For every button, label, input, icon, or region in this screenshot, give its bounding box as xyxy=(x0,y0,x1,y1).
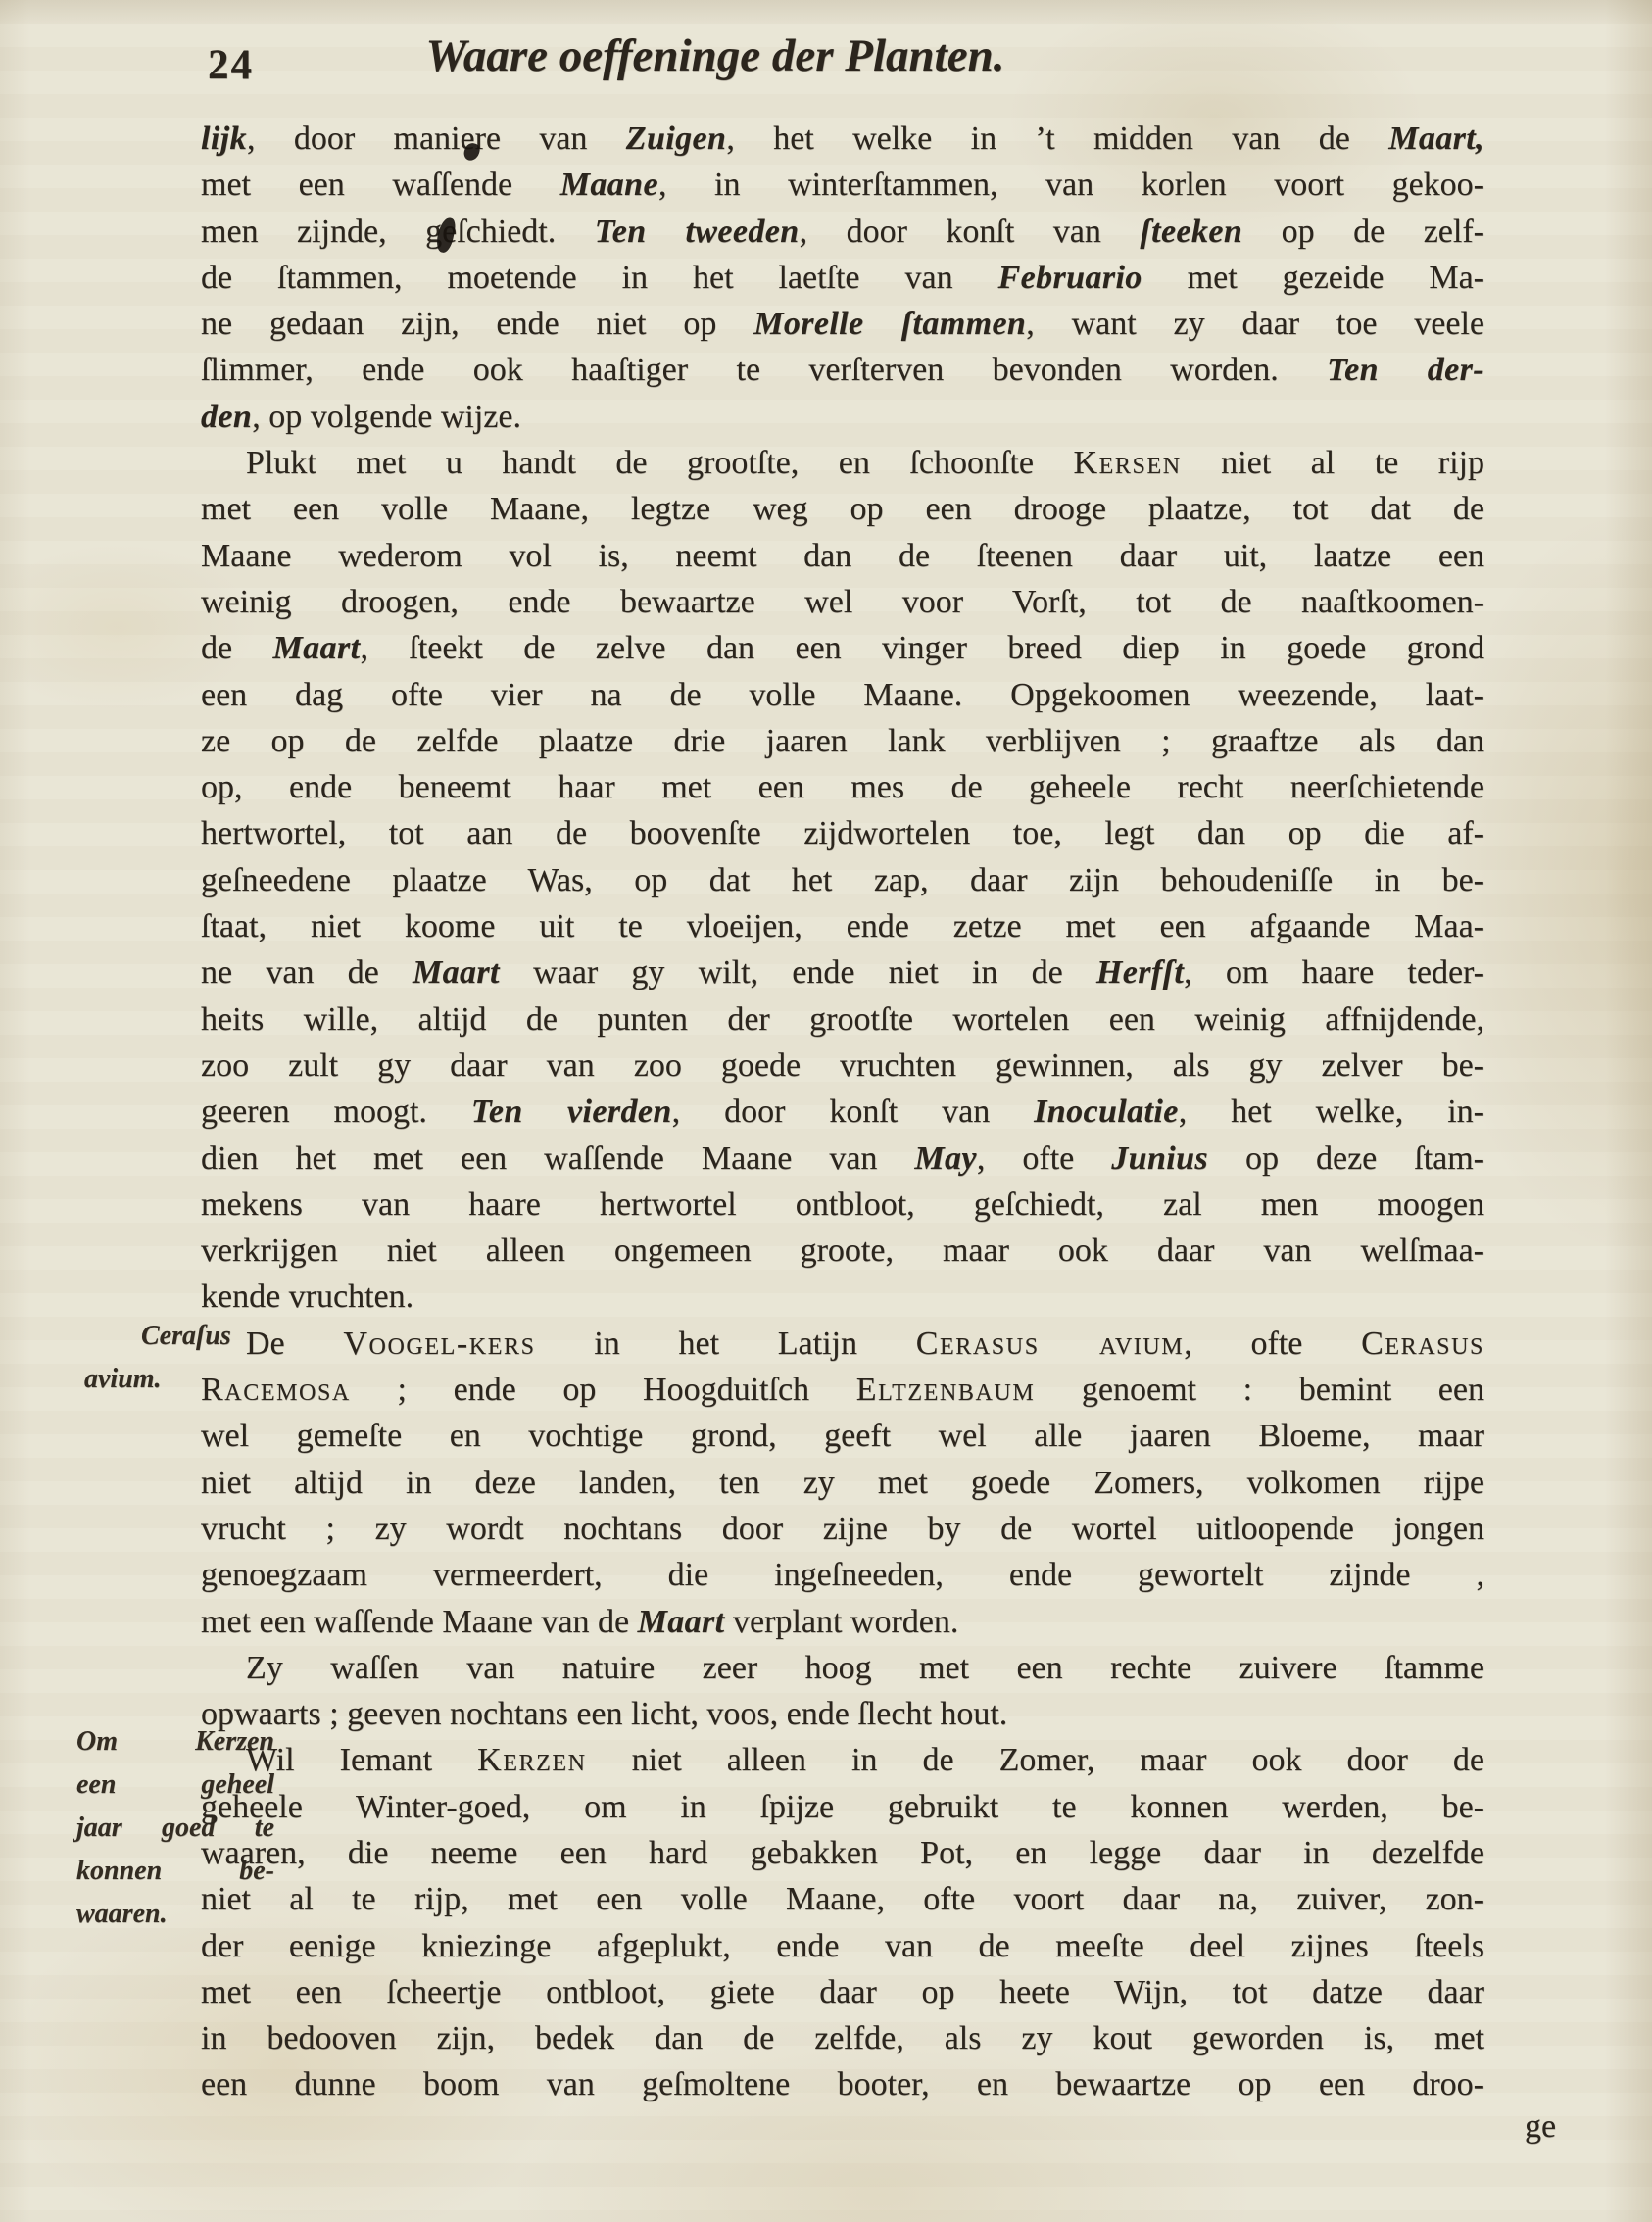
text-run: met een waſſende xyxy=(201,167,560,203)
text-run: , door konſt van xyxy=(800,214,1141,250)
italic-term: Inoculatie xyxy=(1034,1093,1179,1130)
text-line: opwaarts ; geeven nochtans een licht, vo… xyxy=(201,1691,1484,1737)
text-run: opwaarts ; geeven nochtans een licht, vo… xyxy=(201,1696,1007,1732)
page-number: 24 xyxy=(208,41,254,89)
smallcaps-term: Kerzen xyxy=(477,1742,586,1778)
body-text: lijk, door maniere van Zuigen, het welke… xyxy=(201,116,1484,2108)
text-line: dien het met een waſſende Maane van May,… xyxy=(201,1135,1484,1182)
text-line: Plukt met u handt de grootſte, en ſchoon… xyxy=(201,440,1484,486)
smallcaps-term: Cerasus avium xyxy=(916,1326,1185,1362)
text-line: ne van de Maart waar gy wilt, ende niet … xyxy=(201,949,1484,995)
italic-term: May xyxy=(914,1140,977,1177)
italic-term: Maart, xyxy=(1388,121,1484,157)
smallcaps-term: Voogel-kers xyxy=(343,1326,535,1362)
text-line: met een waſſende Maane, in winterſtammen… xyxy=(201,162,1484,208)
text-run: vrucht ; zy wordt nochtans door zijne by… xyxy=(201,1511,1484,1547)
text-run: Wil Iemant xyxy=(246,1742,477,1778)
text-run: Maane wederom vol is, neemt dan de ſteen… xyxy=(201,538,1484,574)
running-title: Waare oeffeninge der Planten. xyxy=(412,29,1019,82)
text-run: verplant worden. xyxy=(725,1604,959,1640)
text-run: ne gedaan zijn, ende niet op xyxy=(201,306,753,342)
italic-term: Ten vierden xyxy=(471,1093,672,1130)
text-run: de ſtammen, moetende in het laetſte van xyxy=(201,260,998,296)
text-run: kende vruchten. xyxy=(201,1279,413,1315)
smallcaps-term: Racemosa xyxy=(201,1372,351,1408)
text-line: De Voogel-kers in het Latijn Cerasus avi… xyxy=(201,1321,1484,1367)
smallcaps-term: Eltzenbaum xyxy=(856,1372,1036,1408)
italic-term: lijk xyxy=(201,121,247,157)
text-run: met een volle Maane, legtze weg op een d… xyxy=(201,491,1484,527)
text-run: , ofte xyxy=(977,1140,1111,1177)
text-line: ze op de zelfde plaatze drie jaaren lank… xyxy=(201,718,1484,764)
text-line: geſneedene plaatze Was, op dat het zap, … xyxy=(201,857,1484,903)
text-run: , door maniere van xyxy=(247,121,626,157)
smallcaps-term: Cerasus xyxy=(1361,1326,1484,1362)
text-run: geheele Winter-goed, om in ſpijze gebrui… xyxy=(201,1789,1484,1825)
text-run: Zy waſſen van natuire zeer hoog met een … xyxy=(246,1650,1484,1686)
text-run: weinig droogen, ende bewaartze wel voor … xyxy=(201,584,1484,620)
text-line: in bedooven zijn, bedek dan de zelfde, a… xyxy=(201,2015,1484,2061)
text-line: ne gedaan zijn, ende niet op Morelle ſta… xyxy=(201,301,1484,347)
text-run: genoemt : bemint een xyxy=(1035,1372,1484,1408)
text-line: de Maart, ſteekt de zelve dan een vinger… xyxy=(201,625,1484,671)
text-line: de ſtammen, moetende in het laetſte van … xyxy=(201,255,1484,301)
italic-term: den xyxy=(201,399,252,435)
text-run: in bedooven zijn, bedek dan de zelfde, a… xyxy=(201,2020,1484,2056)
text-line: men zijnde, geſchiedt. Ten tweeden, door… xyxy=(201,209,1484,255)
text-line: wel gemeſte en vochtige grond, geeft wel… xyxy=(201,1413,1484,1459)
text-run: een dunne boom van geſmoltene booter, en… xyxy=(201,2066,1484,2102)
text-run: geeren moogt. xyxy=(201,1093,471,1130)
text-line: Racemosa ; ende op Hoogduitſch Eltzenbau… xyxy=(201,1367,1484,1413)
text-run: met gezeide Ma- xyxy=(1142,260,1484,296)
text-line: genoegzaam vermeerdert, die ingeſneeden,… xyxy=(201,1552,1484,1598)
text-line: den, op volgende wijze. xyxy=(201,394,1484,440)
text-run: , om haare teder- xyxy=(1184,954,1484,990)
text-run: , ſteekt de zelve dan een vinger breed d… xyxy=(360,630,1484,666)
text-line: ſlimmer, ende ook haaſtiger te verſterve… xyxy=(201,347,1484,393)
text-run: genoegzaam vermeerdert, die ingeſneeden,… xyxy=(201,1557,1484,1593)
italic-term: Herfſt xyxy=(1096,954,1184,990)
italic-term: Zuigen xyxy=(626,121,727,157)
text-line: lijk, door maniere van Zuigen, het welke… xyxy=(201,116,1484,162)
text-run: de xyxy=(201,630,273,666)
text-run: , ofte xyxy=(1184,1326,1361,1362)
text-run: ſlimmer, ende ook haaſtiger te verſterve… xyxy=(201,352,1327,388)
smallcaps-term: Kersen xyxy=(1073,445,1181,481)
text-run: geſneedene plaatze Was, op dat het zap, … xyxy=(201,862,1484,898)
text-run: niet altijd in deze landen, ten zy met g… xyxy=(201,1465,1484,1501)
text-run: De xyxy=(246,1326,343,1362)
italic-term: Ten tweeden xyxy=(595,214,800,250)
text-run: niet al te rijp, met een volle Maane, of… xyxy=(201,1881,1484,1917)
text-run: heits wille, altijd de punten der grootſ… xyxy=(201,1001,1484,1038)
text-line: waaren, die neeme een hard gebakken Pot,… xyxy=(201,1830,1484,1876)
text-line: een dunne boom van geſmoltene booter, en… xyxy=(201,2061,1484,2107)
text-line: niet al te rijp, met een volle Maane, of… xyxy=(201,1876,1484,1922)
text-run: , het welke in ’t midden van de xyxy=(726,121,1388,157)
text-run: op de zelf- xyxy=(1242,214,1484,250)
italic-term: Maane xyxy=(560,167,658,203)
text-run: , het welke, in- xyxy=(1179,1093,1484,1130)
text-run: waaren, die neeme een hard gebakken Pot,… xyxy=(201,1835,1484,1871)
text-line: weinig droogen, ende bewaartze wel voor … xyxy=(201,579,1484,625)
book-page: 24 Waare oeffeninge der Planten. Ceraſus… xyxy=(0,0,1652,2222)
text-run: in het Latijn xyxy=(536,1326,916,1362)
text-line: hertwortel, tot aan de boovenſte zijdwor… xyxy=(201,810,1484,856)
text-line: vrucht ; zy wordt nochtans door zijne by… xyxy=(201,1506,1484,1552)
text-run: ze op de zelfde plaatze drie jaaren lank… xyxy=(201,723,1484,759)
italic-term: Ten der- xyxy=(1327,352,1484,388)
text-run: verkrijgen niet alleen ongemeen groote, … xyxy=(201,1232,1484,1269)
text-line: heits wille, altijd de punten der grootſ… xyxy=(201,996,1484,1042)
text-run: met een waſſende Maane van de xyxy=(201,1604,638,1640)
text-run: ; ende op Hoogduitſch xyxy=(351,1372,856,1408)
text-line: geheele Winter-goed, om in ſpijze gebrui… xyxy=(201,1784,1484,1830)
text-run: op deze ſtam- xyxy=(1208,1140,1484,1177)
text-run: dien het met een waſſende Maane van xyxy=(201,1140,914,1177)
catchword: ge xyxy=(1525,2108,1556,2146)
text-run: der eenige kniezinge afgeplukt, ende van… xyxy=(201,1928,1484,1964)
text-run: met een ſcheertje ontbloot, giete daar o… xyxy=(201,1974,1484,2010)
text-run: , op volgende wijze. xyxy=(252,399,521,435)
text-run: ſtaat, niet koome uit te vloeijen, ende … xyxy=(201,908,1484,944)
text-run: zoo zult gy daar van zoo goede vruchten … xyxy=(201,1047,1484,1084)
italic-term: Maart xyxy=(273,630,361,666)
italic-term: Maart xyxy=(413,954,500,990)
italic-term: Maart xyxy=(638,1604,725,1640)
text-line: Wil Iemant Kerzen niet alleen in de Zome… xyxy=(201,1737,1484,1783)
italic-term: Junius xyxy=(1111,1140,1208,1177)
text-line: op, ende beneemt haar met een mes de geh… xyxy=(201,764,1484,810)
text-line: kende vruchten. xyxy=(201,1274,1484,1320)
italic-term: ſteeken xyxy=(1140,214,1242,250)
text-line: Zy waſſen van natuire zeer hoog met een … xyxy=(201,1645,1484,1691)
text-line: geeren moogt. Ten vierden, door konſt va… xyxy=(201,1088,1484,1135)
text-run: niet al te rijp xyxy=(1182,445,1484,481)
text-line: met een volle Maane, legtze weg op een d… xyxy=(201,486,1484,532)
italic-term: Februario xyxy=(998,260,1142,296)
text-run: een dag ofte vier na de volle Maane. Opg… xyxy=(201,677,1484,713)
text-run: op, ende beneemt haar met een mes de geh… xyxy=(201,769,1484,805)
text-line: zoo zult gy daar van zoo goede vruchten … xyxy=(201,1042,1484,1088)
text-run: hertwortel, tot aan de boovenſte zijdwor… xyxy=(201,815,1484,851)
text-run: , door konſt van xyxy=(672,1093,1034,1130)
text-run: wel gemeſte en vochtige grond, geeft wel… xyxy=(201,1418,1484,1454)
text-line: der eenige kniezinge afgeplukt, ende van… xyxy=(201,1923,1484,1969)
text-line: mekens van haare hertwortel ontbloot, ge… xyxy=(201,1182,1484,1228)
text-line: met een ſcheertje ontbloot, giete daar o… xyxy=(201,1969,1484,2015)
text-run: , want zy daar toe veele xyxy=(1026,306,1484,342)
text-run: men zijnde, geſchiedt. xyxy=(201,214,595,250)
text-run: Plukt met u handt de grootſte, en ſchoon… xyxy=(246,445,1073,481)
text-run: waar gy wilt, ende niet in de xyxy=(500,954,1096,990)
text-line: ſtaat, niet koome uit te vloeijen, ende … xyxy=(201,903,1484,949)
text-run: ne van de xyxy=(201,954,413,990)
text-line: een dag ofte vier na de volle Maane. Opg… xyxy=(201,672,1484,718)
text-line: verkrijgen niet alleen ongemeen groote, … xyxy=(201,1228,1484,1274)
text-run: niet alleen in de Zomer, maar ook door d… xyxy=(587,1742,1484,1778)
text-run: , in winterſtammen, van korlen voort gek… xyxy=(658,167,1484,203)
text-line: niet altijd in deze landen, ten zy met g… xyxy=(201,1460,1484,1506)
italic-term: Morelle ſtammen xyxy=(753,306,1026,342)
text-line: met een waſſende Maane van de Maart verp… xyxy=(201,1599,1484,1645)
text-line: Maane wederom vol is, neemt dan de ſteen… xyxy=(201,533,1484,579)
text-run: mekens van haare hertwortel ontbloot, ge… xyxy=(201,1186,1484,1223)
